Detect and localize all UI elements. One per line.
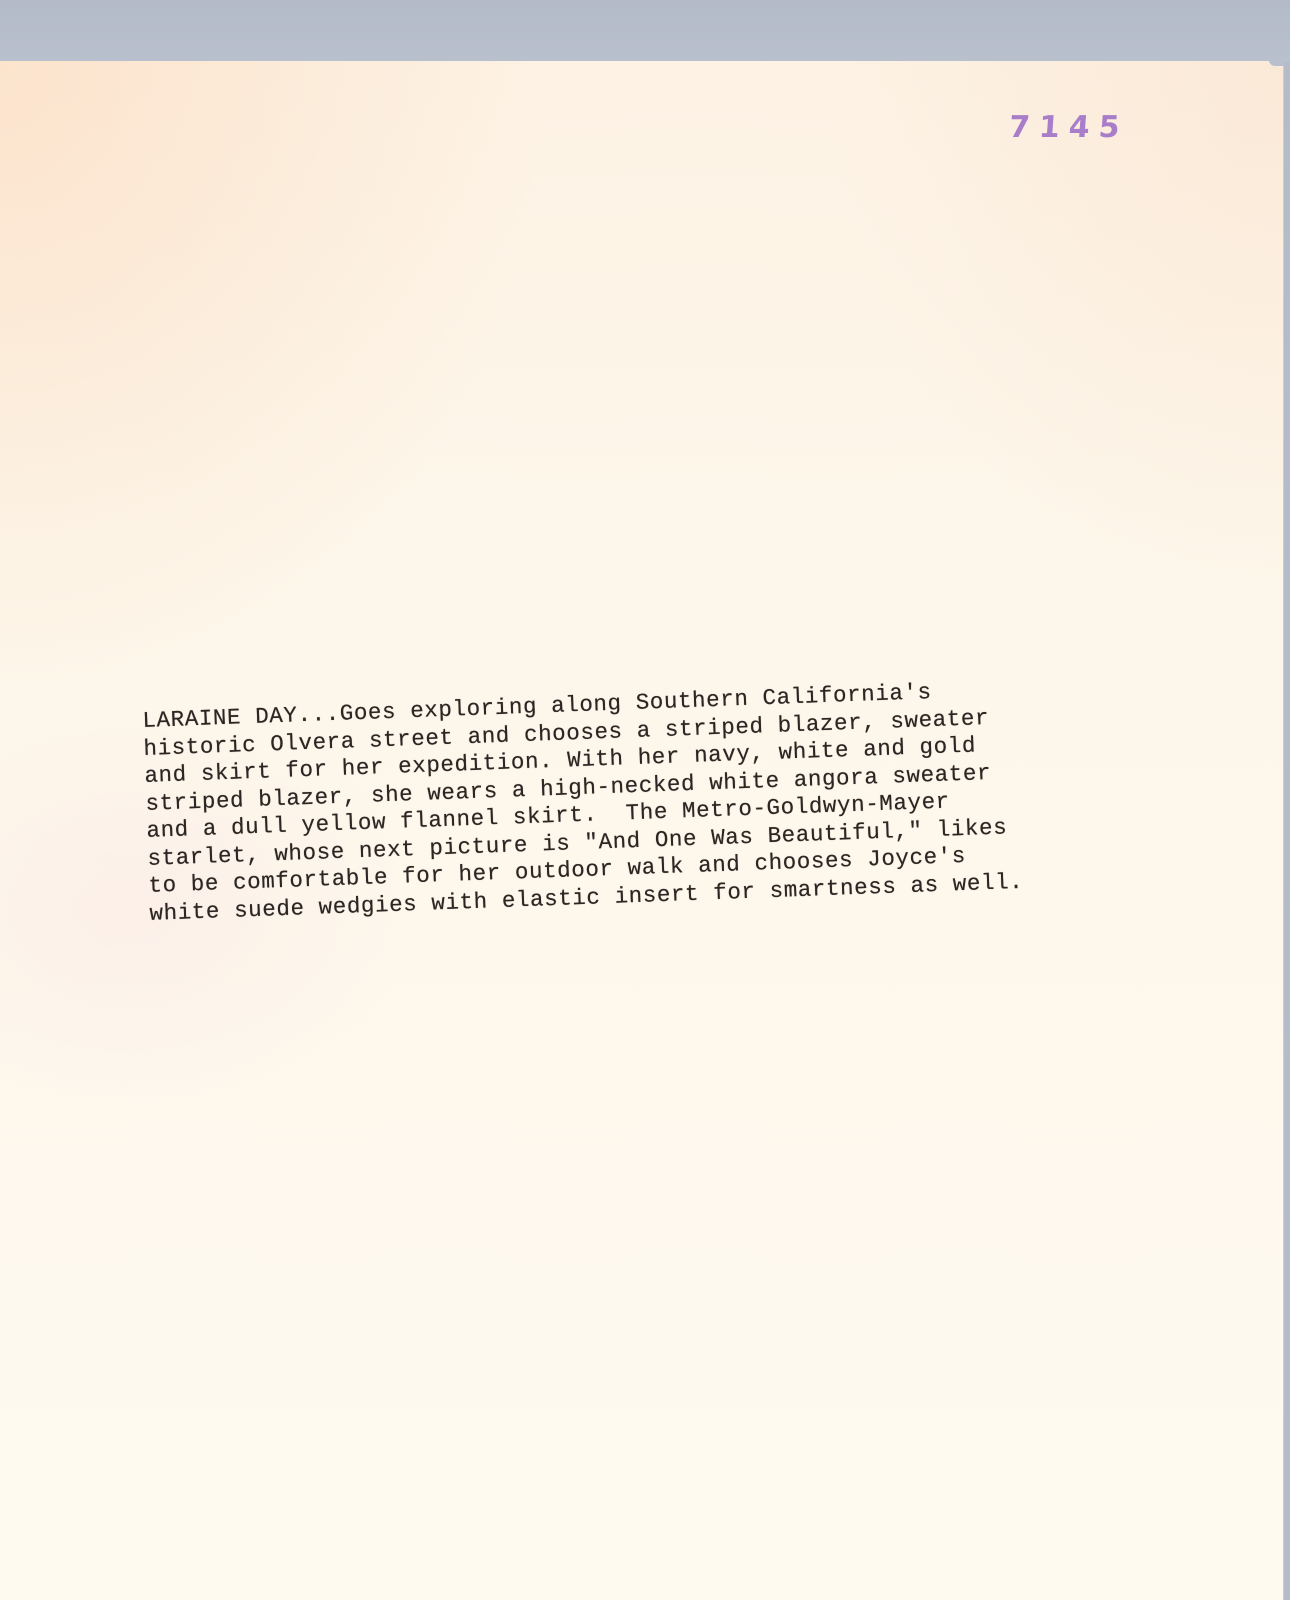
- scanner-backdrop: [0, 0, 1290, 62]
- caption-text-block: LARAINE DAY...Goes exploring along South…: [142, 671, 1159, 928]
- stamp-number: 7145: [1008, 110, 1130, 145]
